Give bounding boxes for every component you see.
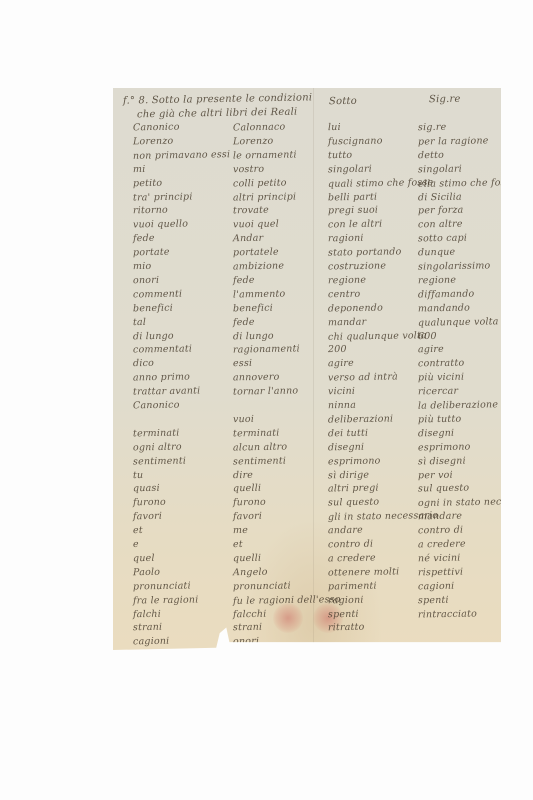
handwritten-line: contro di [418,525,463,537]
handwritten-line: singolarissimo [418,260,491,272]
handwritten-line: cagioni [133,636,170,648]
handwritten-line: terminati [233,427,280,439]
handwritten-line: onori [233,636,259,647]
handwritten-line: dire [233,469,253,480]
handwritten-line: Canonico [133,400,180,412]
handwritten-line: ambizione [233,261,284,273]
handwritten-line: costruzione [328,260,386,272]
handwritten-line: andare [328,525,363,537]
handwritten-line: regione [328,275,366,287]
handwritten-line: essi [233,358,252,369]
handwritten-line: dunque [418,247,456,259]
handwritten-line: quel [133,553,155,564]
handwritten-line: diffamando [418,288,475,300]
handwritten-line: quelli [233,483,261,494]
handwritten-line: più vicini [418,372,464,384]
handwritten-line: favori [133,511,162,523]
handwritten-line: ella stimo che fosse [418,177,517,190]
handwritten-line: Paolo [133,567,160,578]
handwritten-line: con altre [418,219,463,231]
handwritten-line: pronunciati [233,580,291,592]
handwritten-line: belli parti [328,191,377,203]
handwritten-line: tra' principi [133,191,193,203]
handwritten-line: a credere [328,552,376,564]
handwritten-line: 200 [328,344,347,355]
handwritten-line: Calonnaco [233,122,286,134]
handwritten-line: strani [233,622,262,634]
handwritten-line: alcun altro [233,441,287,453]
handwritten-line: sentimenti [133,455,186,467]
handwritten-line: sotto capi [418,233,467,245]
handwritten-line: contro di [328,539,373,551]
handwritten-line: annovero [233,372,280,384]
handwritten-line: fra le ragioni [133,594,199,606]
handwritten-line: agire [418,344,444,355]
handwritten-line: Lorenzo [233,136,274,148]
handwritten-line: vuoi [233,414,254,425]
handwritten-line: ogni in stato necessario [418,496,533,509]
handwritten-line: benefici [233,302,273,314]
handwritten-line: portate [133,247,170,259]
header-left: f.° 8. Sotto la presente le condizioni [123,92,312,106]
handwritten-line: vuoi quello [133,219,188,231]
handwritten-line: colli petito [233,177,287,189]
handwritten-line: lui [328,122,341,133]
handwritten-line: favori [233,511,262,523]
handwritten-line: stato portando [328,246,402,258]
handwritten-line: Angelo [233,566,268,578]
handwritten-line: dico [133,358,154,369]
handwritten-line: e [133,539,139,550]
handwritten-line: strani [133,622,162,634]
handwritten-line: per la ragione [418,135,489,147]
handwritten-line: Lorenzo [133,136,174,148]
handwritten-line: trovate [233,205,269,217]
handwritten-line: disegni [328,441,364,453]
handwritten-line: sig.re [418,122,447,133]
handwritten-line: più tutto [418,414,462,426]
handwritten-line: chi qualunque volta [328,330,427,343]
handwritten-line: con le altri [328,219,383,231]
handwritten-line: benefici [133,302,173,314]
handwritten-line: singolari [328,163,372,175]
handwritten-line: commentati [133,344,192,356]
handwritten-line: di lungo [133,330,174,342]
handwritten-line: petito [133,177,162,189]
handwritten-line: fede [133,233,155,244]
handwritten-line: ninna [328,400,356,411]
handwritten-line: sul questo [328,497,379,509]
handwritten-line: tutto [328,150,352,161]
handwritten-line: altri principi [233,191,296,203]
handwritten-line: ragionamenti [233,344,300,356]
handwritten-line: terminati [133,427,180,439]
handwritten-line: furono [233,497,266,509]
handwritten-line: a credere [418,539,466,551]
handwritten-line: di Sicilia [418,191,462,203]
handwritten-line: altri pregi [328,483,379,495]
handwritten-line: le ornamenti [233,149,297,161]
handwritten-line: mio [133,261,152,272]
handwritten-line: contratto [418,358,465,370]
header-left-line2: che già che altri libri dei Reali [137,107,298,121]
handwritten-line: non primavano essi [133,149,230,162]
handwritten-line: 600 [418,330,437,341]
handwritten-line: sentimenti [233,455,286,467]
handwritten-line: sì dirige [328,469,369,481]
handwritten-line: pronunciati [133,580,191,592]
handwritten-line: la deliberazione [418,399,498,411]
handwritten-line: quelli [233,553,261,564]
handwritten-line: fede [233,316,255,327]
handwritten-line: ricercar [418,386,458,398]
handwritten-line: per forza [418,205,464,217]
handwritten-line: quasi [133,483,160,494]
handwritten-line: dei tutti [328,427,368,439]
handwritten-line: sì disegni [418,455,466,467]
handwritten-line: pregi suoi [328,205,378,217]
handwritten-line: mi [133,164,146,175]
handwritten-line: centro [328,289,361,301]
handwritten-line: sul questo [418,483,469,495]
handwritten-line: fu le ragioni dell'esso [233,594,341,607]
handwritten-line: ottenere molti [328,566,400,578]
handwritten-line: esprimono [328,455,381,467]
handwritten-line: mandando [418,302,470,314]
handwritten-line: ogni altro [133,441,182,453]
handwritten-line: rispettivi [418,566,463,578]
handwritten-line: detto [418,150,444,161]
handwritten-line: ritratto [328,622,365,634]
handwritten-line: Andar [233,233,263,245]
handwritten-line: spenti [328,608,359,620]
handwritten-line: falchi [133,608,161,619]
handwritten-line: ritorno [133,205,168,217]
handwritten-line: disegni [418,427,454,439]
handwritten-line: trattar avanti [133,386,201,398]
handwritten-line: agire [328,358,354,369]
handwritten-line: spenti [418,594,449,606]
handwritten-line: rintracciato [418,608,477,620]
handwritten-line: et [233,539,243,550]
handwritten-line: portatele [233,247,279,259]
handwritten-line: ragioni [328,233,364,245]
red-stain-left [273,603,303,633]
handwritten-line: regione [418,275,456,287]
manuscript-page: f.° 8. Sotto la presente le condizioni c… [113,88,501,650]
handwritten-line: vicini [328,386,355,397]
handwritten-line: né vicini [418,553,461,565]
handwritten-line: deliberazioni [328,413,393,425]
handwritten-line: singolari [418,163,462,175]
handwritten-line: l'ammento [233,288,286,300]
handwritten-line: cagioni [418,580,455,592]
handwritten-line: anno primo [133,372,190,384]
handwritten-line: tal [133,316,146,327]
handwritten-line: et [133,525,143,536]
handwritten-line: mandar [328,316,366,328]
handwritten-line: me [233,525,248,536]
handwritten-line: tu [133,469,144,480]
handwritten-line: esprimono [418,441,471,453]
handwritten-line: onori [133,275,159,286]
handwritten-line: mandare [418,511,462,523]
handwritten-line: falcchi [233,608,267,620]
handwritten-line: parimenti [328,580,377,592]
handwritten-line: deponendo [328,302,383,314]
handwritten-line: commenti [133,288,182,300]
handwritten-line: tornar l'anno [233,386,298,398]
handwritten-line: fuscignano [328,135,383,147]
header-right: Sig.re [429,94,461,106]
handwritten-line: fede [233,275,255,286]
handwritten-line: verso ad intrà [328,372,398,384]
header-middle: Sotto [329,96,357,107]
handwritten-line: Canonico [133,122,180,134]
handwritten-line: ragioni [328,594,364,606]
handwritten-line: per voi [418,469,453,481]
handwritten-line: vostro [233,163,264,175]
handwritten-line: vuoi quel [233,219,279,231]
handwritten-line: qualunque volta [418,316,499,328]
handwritten-line: di lungo [233,330,274,342]
handwritten-line: furono [133,497,166,509]
